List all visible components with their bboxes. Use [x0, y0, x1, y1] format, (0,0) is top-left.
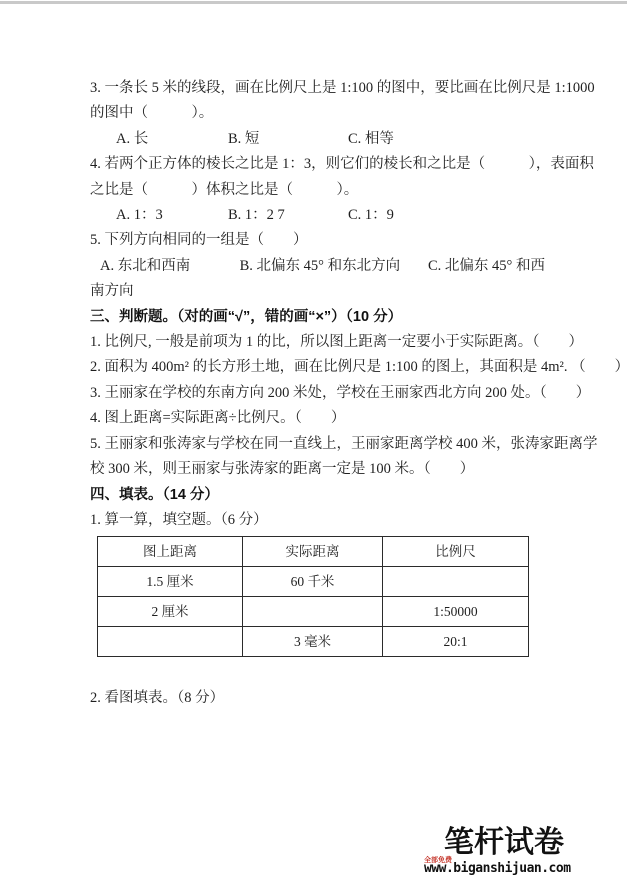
question-4-options: A. 1：3 B. 1：2 7 C. 1：9 — [90, 203, 545, 228]
table-cell-blank — [383, 567, 529, 597]
question-3-options: A. 长 B. 短 C. 相等 — [90, 127, 545, 152]
table-cell: 1:50000 — [383, 597, 529, 627]
table-cell: 3 毫米 — [243, 627, 383, 657]
brand-tagline: 全部免费 — [424, 855, 452, 865]
table-row: 1.5 厘米 60 千米 — [98, 567, 529, 597]
brand-logo-text: 笔杆试卷 — [444, 827, 594, 859]
question-3-line-2: 的图中（ ）。 — [90, 101, 545, 126]
table-cell-blank — [98, 627, 243, 657]
table-cell: 60 千米 — [243, 567, 383, 597]
question-5-option-c-wrap: 南方向 — [90, 279, 545, 304]
table-header-map-distance: 图上距离 — [98, 537, 243, 567]
table-cell-blank — [243, 597, 383, 627]
question-5-line-1: 5. 下列方向相同的一组是（ ） — [90, 228, 545, 253]
paper-content: 3. 一条长 5 米的线段，画在比例尺上是 1:100 的图中，要比画在比例尺是… — [90, 76, 545, 712]
question-5-options: A. 东北和西南 B. 北偏东 45° 和东北方向 C. 北偏东 45° 和西 — [90, 254, 545, 279]
judge-item-1: 1. 比例尺, 一般是前项为 1 的比，所以图上距离一定要小于实际距离。（ ） — [90, 330, 545, 355]
question-4-line-2: 之比是（ ）体积之比是（ ）。 — [90, 178, 545, 203]
fill-sub-1: 1. 算一算，填空题。（6 分） — [90, 508, 545, 533]
question-3-option-c: C. 相等 — [348, 127, 545, 152]
section-judge-heading: 三、判断题。（对的画“√”，错的画“×”）（10 分） — [90, 305, 545, 330]
question-4-option-b: B. 1：2 7 — [228, 203, 348, 228]
question-5-option-a: A. 东北和西南 — [100, 254, 240, 279]
brand-footer: 笔杆试卷 全部免费 www.biganshijuan.com — [424, 827, 594, 876]
scale-fill-table: 图上距离 实际距离 比例尺 1.5 厘米 60 千米 2 厘米 1:50000 … — [97, 536, 529, 657]
table-header-actual-distance: 实际距离 — [243, 537, 383, 567]
judge-item-3: 3. 王丽家在学校的东南方向 200 米处，学校在王丽家西北方向 200 处。（… — [90, 381, 545, 406]
table-header-scale: 比例尺 — [383, 537, 529, 567]
table-row: 2 厘米 1:50000 — [98, 597, 529, 627]
table-header-row: 图上距离 实际距离 比例尺 — [98, 537, 529, 567]
judge-item-5-line-1: 5. 王丽家和张涛家与学校在同一直线上，王丽家距离学校 400 米，张涛家距离学 — [90, 432, 545, 457]
question-5-option-c: C. 北偏东 45° 和西 — [428, 254, 545, 279]
judge-item-2: 2. 面积为 400m² 的长方形土地，画在比例尺是 1:100 的图上，其面积… — [90, 355, 545, 380]
table-cell: 20:1 — [383, 627, 529, 657]
question-4-line-1: 4. 若两个正方体的棱长之比是 1：3，则它们的棱长和之比是（ ），表面积 — [90, 152, 545, 177]
exam-paper-page: { "colors": { "text": "#1f1f1f", "top_ru… — [0, 0, 627, 891]
section-fill-heading: 四、填表。（14 分） — [90, 483, 545, 508]
table-cell: 2 厘米 — [98, 597, 243, 627]
question-3-option-a: A. 长 — [116, 127, 228, 152]
table-row: 3 毫米 20:1 — [98, 627, 529, 657]
question-4-option-a: A. 1：3 — [116, 203, 228, 228]
question-3-option-b: B. 短 — [228, 127, 348, 152]
page-top-rule — [0, 1, 627, 4]
fill-sub-2: 2. 看图填表。（8 分） — [90, 686, 545, 711]
question-5-option-b: B. 北偏东 45° 和东北方向 — [240, 254, 428, 279]
judge-item-5-line-2: 校 300 米，则王丽家与张涛家的距离一定是 100 米。（ ） — [90, 457, 545, 482]
question-4-option-c: C. 1：9 — [348, 203, 545, 228]
table-cell: 1.5 厘米 — [98, 567, 243, 597]
question-3-line-1: 3. 一条长 5 米的线段，画在比例尺上是 1:100 的图中，要比画在比例尺是… — [90, 76, 545, 101]
judge-item-4: 4. 图上距离=实际距离÷比例尺。（ ） — [90, 406, 545, 431]
